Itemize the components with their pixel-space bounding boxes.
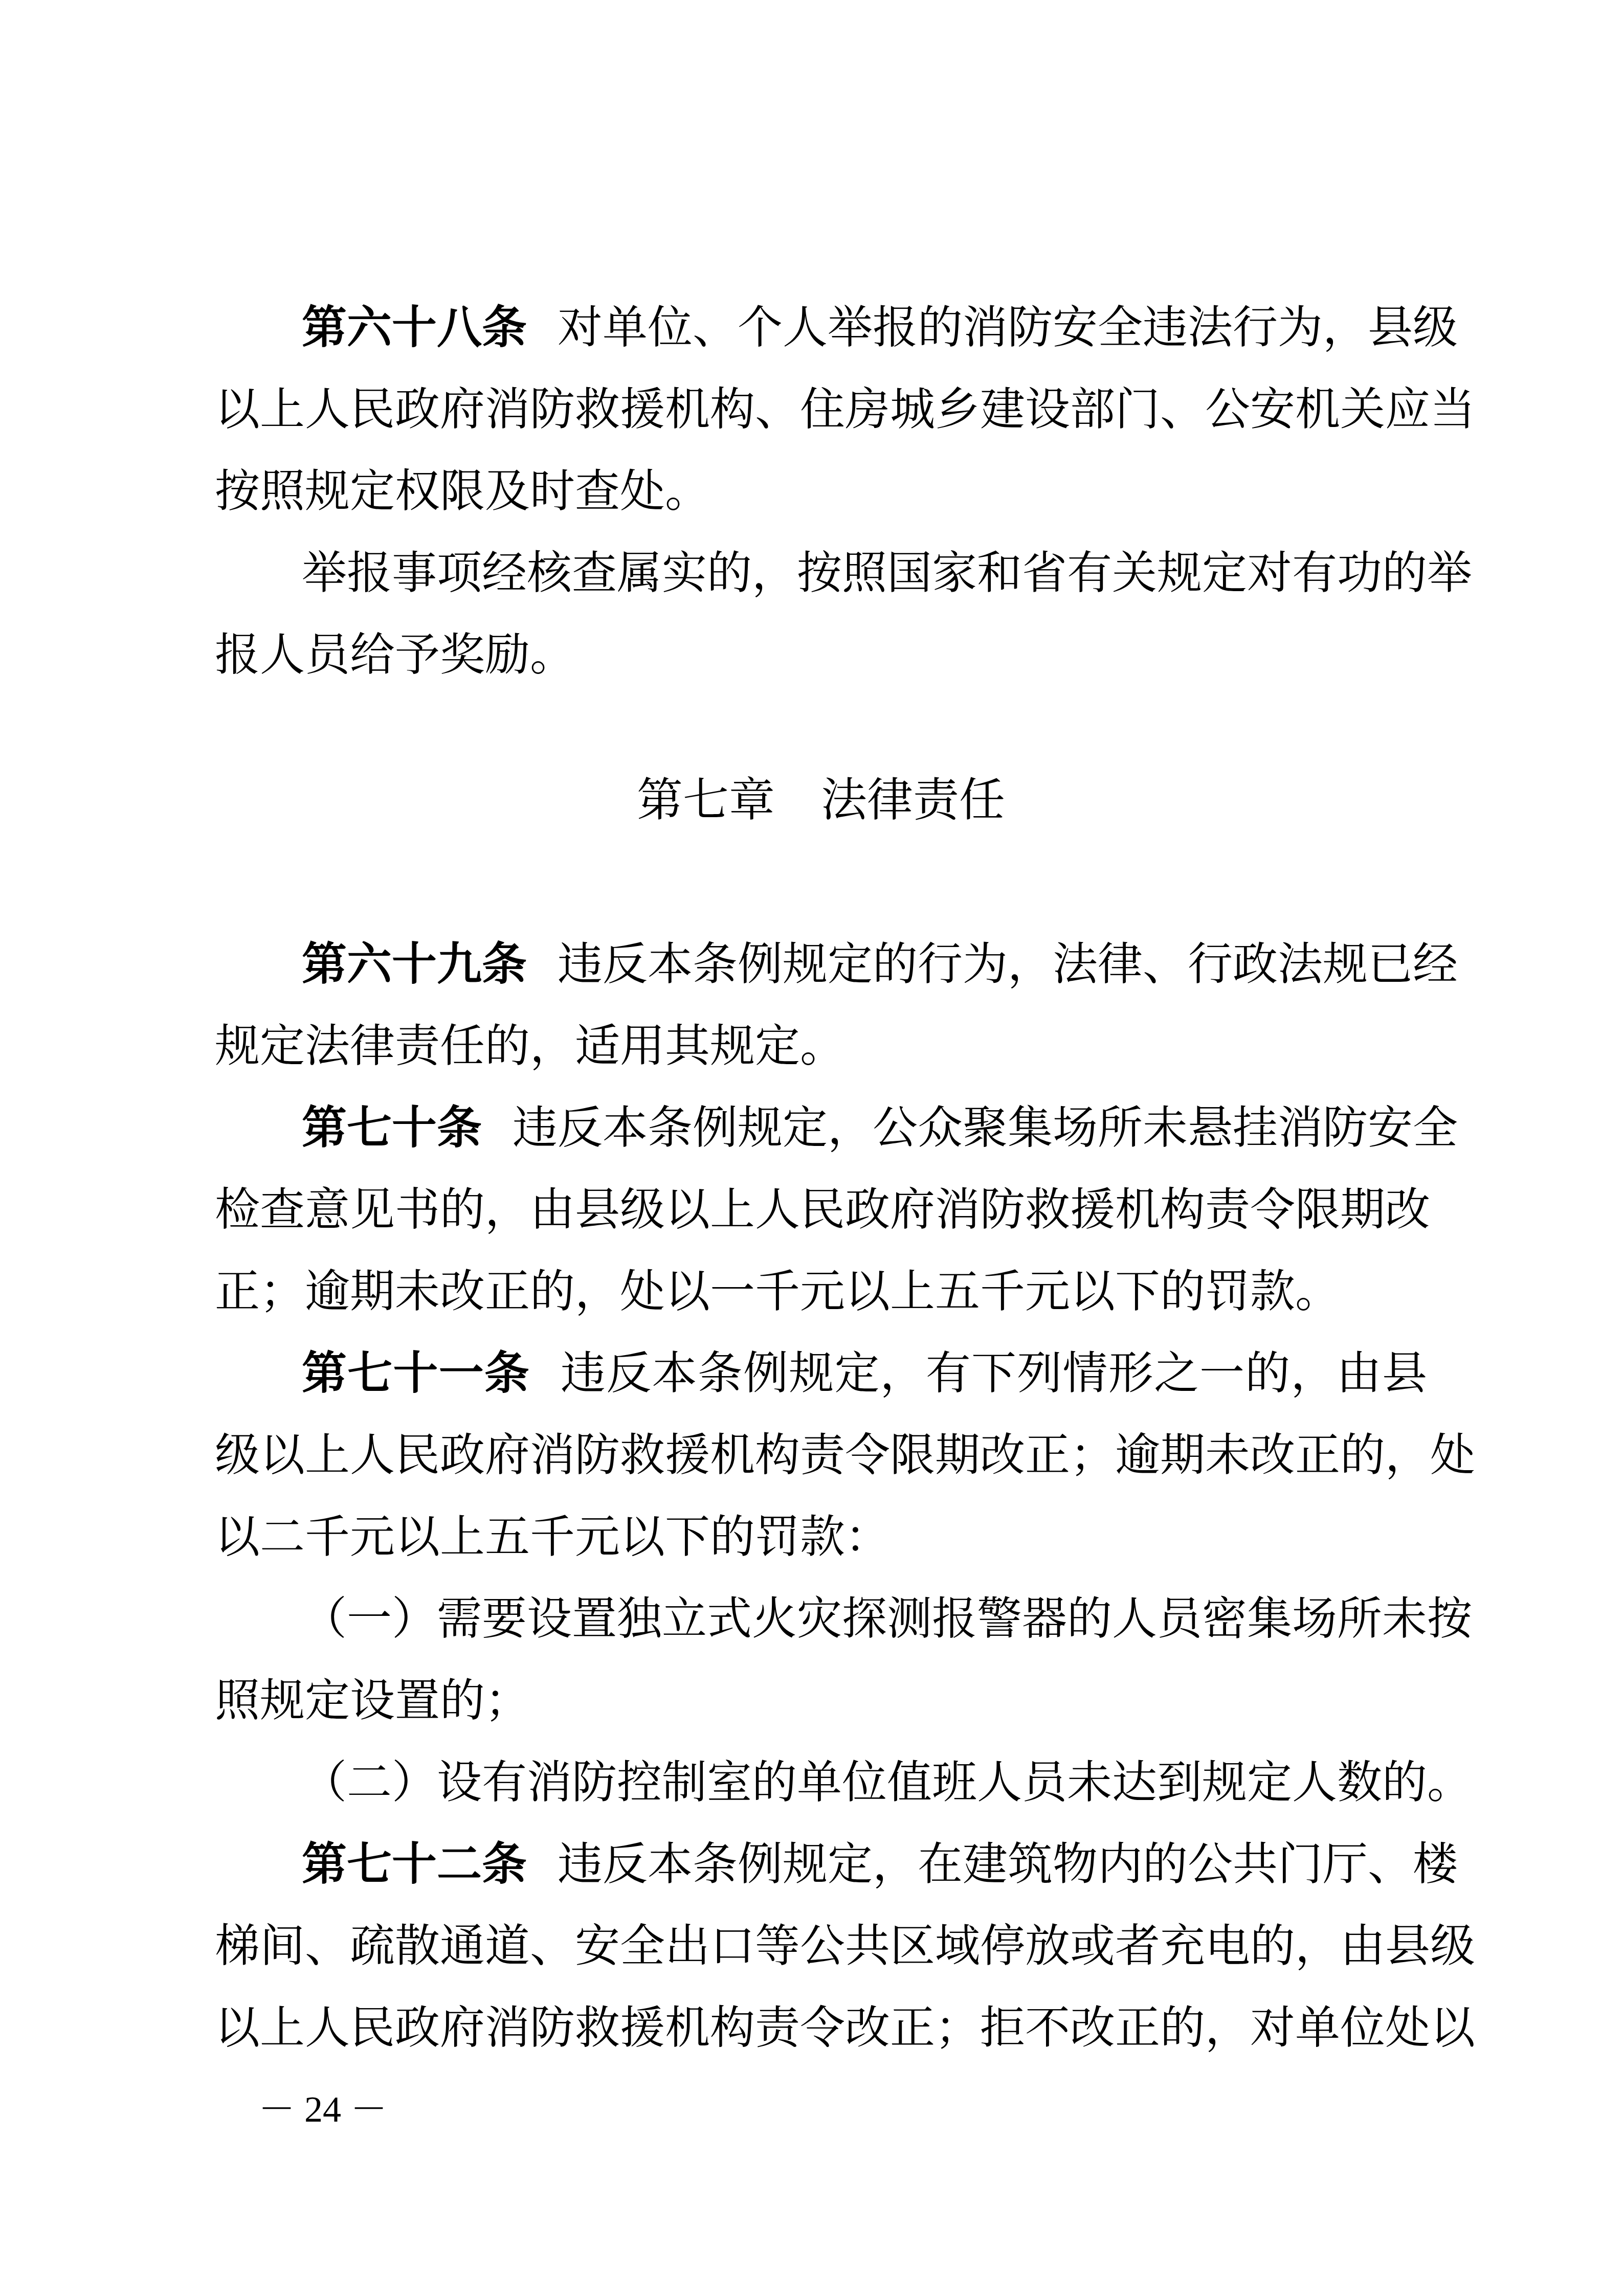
article-71-item-1-line-2: 照规定设置的； bbox=[215, 1670, 1427, 1751]
article-68-para2-line-1: 举报事项经核查属实的，按照国家和省有关规定对有功的举 bbox=[215, 542, 1427, 624]
article-68-label: 第六十八条 bbox=[302, 301, 527, 353]
article-68-line-3: 按照规定权限及时查处。 bbox=[215, 460, 1427, 542]
article-71-line-2: 级以上人民政府消防救援机构责令限期改正；逾期未改正的，处 bbox=[215, 1424, 1427, 1506]
article-72-line-1: 第七十二条违反本条例规定，在建筑物内的公共门厅、楼 bbox=[215, 1833, 1427, 1915]
article-71-line-1: 第七十一条违反本条例规定，有下列情形之一的，由县 bbox=[215, 1342, 1427, 1424]
article-70-line-2: 检查意见书的，由县级以上人民政府消防救援机构责令限期改 bbox=[215, 1179, 1427, 1260]
article-71-item-2: （二）设有消防控制室的单位值班人员未达到规定人数的。 bbox=[215, 1751, 1427, 1833]
chapter-heading: 第七章 法律责任 bbox=[215, 770, 1427, 831]
article-68-para2-line-2: 报人员给予奖励。 bbox=[215, 624, 1427, 706]
article-71-text-1: 违反本条例规定，有下列情形之一的，由县 bbox=[561, 1346, 1427, 1399]
article-71-item-1-line-1: （一）需要设置独立式火灾探测报警器的人员密集场所未按 bbox=[215, 1588, 1427, 1670]
article-70-line-3: 正；逾期未改正的，处以一千元以上五千元以下的罚款。 bbox=[215, 1260, 1427, 1342]
article-68-line-2: 以上人民政府消防救援机构、住房城乡建设部门、公安机关应当 bbox=[215, 378, 1427, 460]
article-72-line-2: 梯间、疏散通道、安全出口等公共区域停放或者充电的，由县级 bbox=[215, 1915, 1427, 1997]
article-72-label: 第七十二条 bbox=[302, 1837, 527, 1890]
article-71-label: 第七十一条 bbox=[302, 1346, 530, 1399]
article-69-line-1: 第六十九条违反本条例规定的行为，法律、行政法规已经 bbox=[215, 933, 1427, 1015]
article-70-line-1: 第七十条违反本条例规定，公众聚集场所未悬挂消防安全 bbox=[215, 1097, 1427, 1179]
article-72-text-1: 违反本条例规定，在建筑物内的公共门厅、楼 bbox=[558, 1837, 1458, 1890]
page-number: － 24 － bbox=[258, 2086, 387, 2132]
article-68-line-1: 第六十八条对单位、个人举报的消防安全违法行为，县级 bbox=[215, 297, 1427, 378]
article-69-line-2: 规定法律责任的，适用其规定。 bbox=[215, 1015, 1427, 1097]
article-69-label: 第六十九条 bbox=[302, 937, 527, 990]
article-70-label: 第七十条 bbox=[302, 1101, 482, 1154]
article-70-text-1: 违反本条例规定，公众聚集场所未悬挂消防安全 bbox=[513, 1101, 1458, 1154]
article-71-line-3: 以二千元以上五千元以下的罚款： bbox=[215, 1506, 1427, 1588]
article-68-text-1: 对单位、个人举报的消防安全违法行为，县级 bbox=[558, 301, 1458, 353]
article-72-line-3: 以上人民政府消防救援机构责令改正；拒不改正的，对单位处以 bbox=[215, 1997, 1427, 2079]
article-69-text-1: 违反本条例规定的行为，法律、行政法规已经 bbox=[558, 937, 1458, 990]
